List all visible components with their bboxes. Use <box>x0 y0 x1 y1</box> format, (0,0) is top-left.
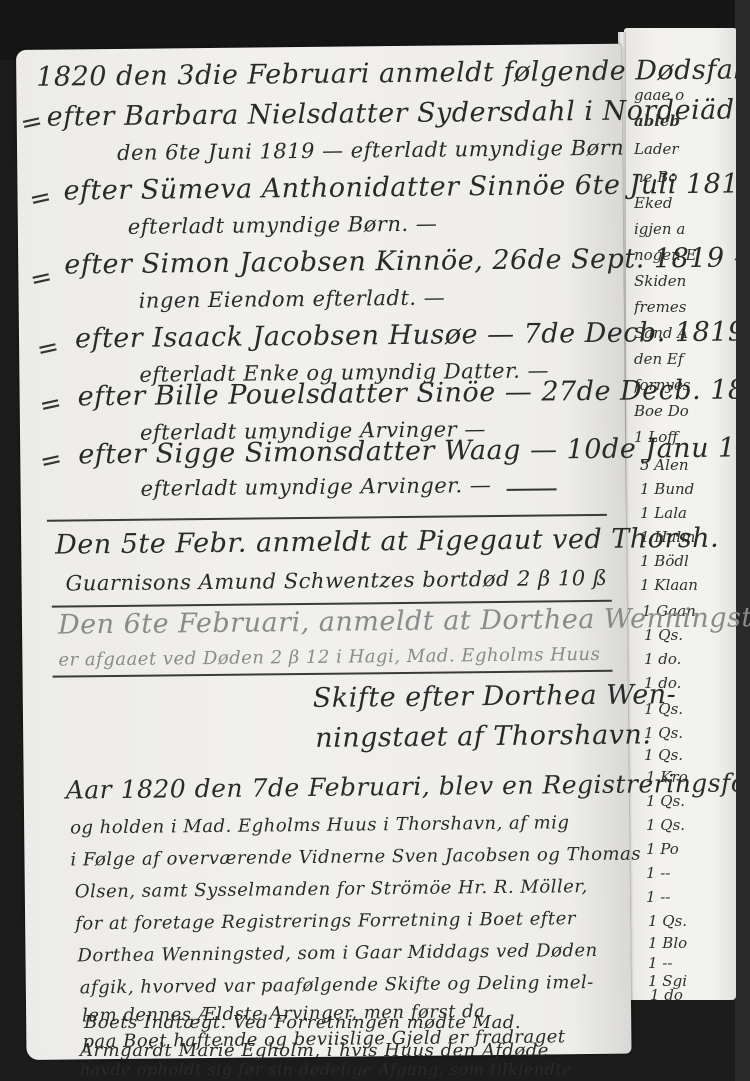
right-page-line: fremes <box>634 298 734 316</box>
record-line: for at foretage Registrerings Forretning… <box>75 908 576 934</box>
right-page-line: 1 Qs. <box>648 912 748 930</box>
right-page-line: 1 Qs. <box>644 746 744 764</box>
right-page-line: igjen a <box>634 220 734 238</box>
right-page-line: 1 Bund <box>640 480 740 498</box>
record-line: er afgaaet ved Døden 2 β 12 i Hagi, Mad.… <box>58 644 600 671</box>
margin-mark: = <box>27 262 55 296</box>
skifte-heading: ningstaet af Thorshavn. <box>315 719 652 754</box>
record-line: efterladt umyndige Arvinger. — <box>140 473 491 501</box>
record-line: Den 5te Febr. anmeldt at Pigegaut ved Th… <box>55 523 719 561</box>
right-page-line: 1 Qs. <box>644 724 744 742</box>
margin-mark: = <box>37 388 65 422</box>
left-page: 1820 den 3die Februari anmeldt følgende … <box>16 44 632 1060</box>
right-page-line: 1 do <box>650 986 750 1004</box>
right-page-line: 1 Blo <box>648 934 748 952</box>
record-line: i Følge af overværende Vidnerne Sven Jac… <box>70 843 641 870</box>
right-page-line: 1 -- <box>648 954 748 972</box>
record-line: afgik, hvorved var paafølgende Skifte og… <box>80 972 594 998</box>
section-rule <box>53 670 613 677</box>
record-line: efterladt umyndige Børn. — <box>128 212 438 239</box>
right-page-line: 1 do. <box>644 650 744 668</box>
section-rule <box>47 514 607 521</box>
right-page-line: 1 Lala <box>640 504 740 522</box>
right-page-line: Lader <box>634 140 734 158</box>
margin-mark: = <box>37 444 65 478</box>
record-line: havde opholdt sig før sin dødelige Afgan… <box>80 1060 572 1079</box>
end-dash <box>507 488 557 491</box>
right-page-line: 1 Qs. <box>646 816 746 834</box>
right-page-line: 1 Klaan <box>640 576 740 594</box>
right-page-line: 1 Po <box>646 840 746 858</box>
right-page-line: den Ef <box>634 350 734 368</box>
margin-mark: = <box>27 182 55 216</box>
right-page-line: 1 -- <box>646 864 746 882</box>
margin-mark: = <box>18 106 46 140</box>
record-line: og holden i Mad. Egholms Huus i Thorshav… <box>70 812 570 838</box>
record-line: Guarnisons Amund Schwentzes bortdød 2 β … <box>65 566 607 596</box>
skifte-heading: Skifte efter Dorthea Wen- <box>313 679 677 714</box>
right-page-line: Skiden <box>634 272 734 290</box>
record-line: ingen Eiendom efterladt. — <box>139 286 446 313</box>
record-line: den 6te Juni 1819 — efterladt umyndige B… <box>117 136 624 165</box>
margin-mark: = <box>34 332 62 366</box>
record-line: Armgardt Marie Egholm, i hvis Huus den A… <box>80 1040 549 1061</box>
record-line: Olsen, samt Sysselmanden for Strömöe Hr.… <box>75 876 588 902</box>
record-line: Dorthea Wenningsted, som i Gaar Middags … <box>77 940 597 966</box>
record-line: Boets Indtægt. Ved Forretningen mødte Ma… <box>84 1012 521 1033</box>
right-page-line: 1 -- <box>646 888 746 906</box>
right-page-line: 1 Bödl <box>640 552 740 570</box>
